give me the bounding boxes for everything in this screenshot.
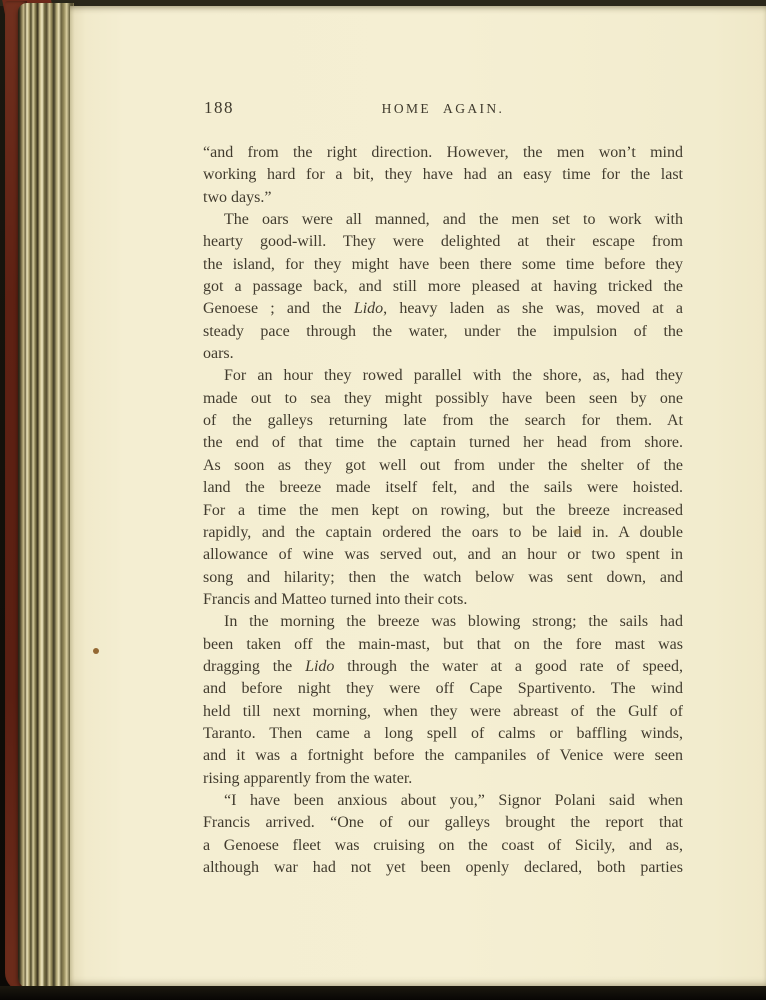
text-line: got a passage back, and still more pleas… — [203, 276, 683, 298]
text-segment: song and hilarity; then the watch below … — [203, 569, 683, 586]
text-segment: working hard for a bit, they have had an… — [203, 166, 683, 183]
text-block: “and from the right direction. However, … — [203, 142, 683, 879]
text-segment: The oars were all manned, and the men se… — [224, 211, 683, 228]
text-segment: As soon as they got well out from under … — [203, 457, 683, 474]
text-line: two days.” — [203, 187, 683, 209]
paragraph: “and from the right direction. However, … — [203, 142, 683, 209]
book-page: 188 HOME AGAIN. “and from the right dire… — [70, 6, 766, 986]
text-segment: the end of that time the captain turned … — [203, 434, 683, 451]
text-line: made out to sea they might possibly have… — [203, 388, 683, 410]
text-line: The oars were all manned, and the men se… — [203, 209, 683, 231]
text-segment: two days.” — [203, 189, 271, 206]
running-header: HOME AGAIN. — [203, 101, 683, 117]
text-segment: rising apparently from the water. — [203, 770, 412, 787]
text-line: oars. — [203, 343, 683, 365]
text-line: As soon as they got well out from under … — [203, 455, 683, 477]
text-line: and before night they were off Cape Spar… — [203, 678, 683, 700]
text-segment: For a time the men kept on rowing, but t… — [203, 502, 683, 519]
text-line: For a time the men kept on rowing, but t… — [203, 500, 683, 522]
text-line: the end of that time the captain turned … — [203, 432, 683, 454]
stacked-page-edges — [18, 3, 74, 989]
text-segment: hearty good-will. They were delighted at… — [203, 233, 683, 250]
text-segment: Genoese ; and the — [203, 300, 354, 317]
text-line: Francis and Matteo turned into their cot… — [203, 589, 683, 611]
text-segment: a Genoese fleet was cruising on the coas… — [203, 837, 683, 854]
text-line: hearty good-will. They were delighted at… — [203, 231, 683, 253]
text-segment: , heavy laden as she was, moved at a — [383, 300, 683, 317]
text-line: Taranto. Then came a long spell of calms… — [203, 723, 683, 745]
text-segment: and it was a fortnight before the campan… — [203, 747, 683, 764]
text-segment: dragging the — [203, 658, 305, 675]
text-line: “I have been anxious about you,” Signor … — [203, 790, 683, 812]
background-bottom-shadow — [0, 986, 766, 1000]
text-line: Genoese ; and the Lido, heavy laden as s… — [203, 298, 683, 320]
text-segment: rapidly, and the captain ordered the oar… — [203, 524, 683, 541]
text-segment: made out to sea they might possibly have… — [203, 390, 683, 407]
text-line: the island, for they might have been the… — [203, 254, 683, 276]
text-line: working hard for a bit, they have had an… — [203, 164, 683, 186]
text-line: Francis arrived. “One of our galleys bro… — [203, 812, 683, 834]
text-line: although war had not yet been openly dec… — [203, 857, 683, 879]
text-line: of the galleys returning late from the s… — [203, 410, 683, 432]
page-blemish — [573, 529, 581, 534]
text-segment: held till next morning, when they were a… — [203, 703, 683, 720]
text-line: rising apparently from the water. — [203, 768, 683, 790]
text-segment: Francis arrived. “One of our galleys bro… — [203, 814, 683, 831]
text-segment: In the morning the breeze was blowing st… — [224, 613, 683, 630]
text-segment: the island, for they might have been the… — [203, 256, 683, 273]
text-line: been taken off the main-mast, but that o… — [203, 634, 683, 656]
text-segment: “and from the right direction. However, … — [203, 144, 683, 161]
text-segment: although war had not yet been openly dec… — [203, 859, 683, 876]
text-line: and it was a fortnight before the campan… — [203, 745, 683, 767]
italic-text: Lido — [305, 658, 334, 675]
text-segment: and before night they were off Cape Spar… — [203, 680, 683, 697]
text-segment: of the galleys returning late from the s… — [203, 412, 683, 429]
text-segment: through the water at a good rate of spee… — [334, 658, 683, 675]
text-segment: For an hour they rowed parallel with the… — [224, 367, 683, 384]
text-line: In the morning the breeze was blowing st… — [203, 611, 683, 633]
text-segment: oars. — [203, 345, 234, 362]
text-line: land the breeze made itself felt, and th… — [203, 477, 683, 499]
text-line: For an hour they rowed parallel with the… — [203, 365, 683, 387]
page-blemish — [93, 648, 99, 654]
paragraph: In the morning the breeze was blowing st… — [203, 611, 683, 790]
book-scan-scene: 188 HOME AGAIN. “and from the right dire… — [0, 0, 766, 1000]
text-segment: allowance of wine was served out, and an… — [203, 546, 683, 563]
text-line: song and hilarity; then the watch below … — [203, 567, 683, 589]
text-segment: got a passage back, and still more pleas… — [203, 278, 683, 295]
text-line: rapidly, and the captain ordered the oar… — [203, 522, 683, 544]
text-line: allowance of wine was served out, and an… — [203, 544, 683, 566]
italic-text: Lido — [354, 300, 383, 317]
text-segment: steady pace through the water, under the… — [203, 323, 683, 340]
page-header: 188 HOME AGAIN. — [203, 98, 683, 122]
text-segment: been taken off the main-mast, but that o… — [203, 636, 683, 653]
paragraph: “I have been anxious about you,” Signor … — [203, 790, 683, 879]
text-segment: “I have been anxious about you,” Signor … — [224, 792, 683, 809]
text-line: held till next morning, when they were a… — [203, 701, 683, 723]
paragraph: The oars were all manned, and the men se… — [203, 209, 683, 365]
text-segment: Taranto. Then came a long spell of calms… — [203, 725, 683, 742]
text-segment: Francis and Matteo turned into their cot… — [203, 591, 467, 608]
text-line: steady pace through the water, under the… — [203, 321, 683, 343]
text-segment: land the breeze made itself felt, and th… — [203, 479, 683, 496]
paragraph: For an hour they rowed parallel with the… — [203, 365, 683, 611]
text-line: dragging the Lido through the water at a… — [203, 656, 683, 678]
text-line: a Genoese fleet was cruising on the coas… — [203, 835, 683, 857]
text-line: “and from the right direction. However, … — [203, 142, 683, 164]
